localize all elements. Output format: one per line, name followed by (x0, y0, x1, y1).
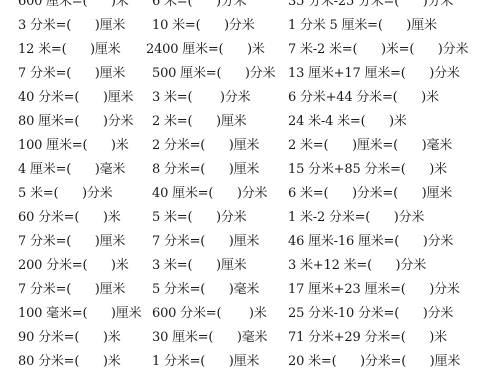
problem: 600 分米=( )米 (152, 303, 267, 325)
problem: 1 分米 5 厘米=( )厘米 (288, 15, 437, 37)
worksheet-row: 200 分米=( )米 3 米=( )厘米 3 米+12 米=( )分米 (0, 255, 495, 277)
problem: 2 分米=( )厘米 (152, 135, 259, 157)
problem: 6 米=( )分米=( )厘米 (288, 183, 452, 205)
problem: 7 分米=( )厘米 (18, 63, 125, 85)
problem: 8 分米=( )厘米 (152, 159, 259, 181)
problem: 600 厘米=( )米 (18, 0, 129, 13)
problem: 24 米-4 米=( )米 (288, 111, 407, 133)
problem: 30 厘米=( )毫米 (152, 327, 267, 349)
problem: 3 米+12 米=( )分米 (288, 255, 426, 277)
problem: 3 米=( )厘米 (152, 255, 246, 277)
worksheet-row: 80 厘米=( )分米 2 米=( )厘米 24 米-4 米=( )米 (0, 111, 495, 133)
problem: 7 分米=( )厘米 (152, 231, 259, 253)
problem: 80 分米=( )米 (18, 351, 121, 370)
problem: 200 分米=( )米 (18, 255, 129, 277)
problem: 12 米=( )厘米 (18, 39, 121, 61)
problem: 5 分米=( )毫米 (152, 279, 259, 301)
problem: 3 分米=( )厘米 (18, 15, 125, 37)
problem: 46 厘米-16 厘米=( )分米 (288, 231, 453, 253)
worksheet-row: 100 厘米=( )米 2 分米=( )厘米 2 米=( )厘米=( )毫米 (0, 135, 495, 157)
problem: 3 米=( )分米 (152, 87, 250, 109)
worksheet-row: 600 厘米=( )米 6 米=( )分米 35 分米-25 分米=( )分米 (0, 0, 495, 13)
problem: 500 厘米=( )分米 (152, 63, 275, 85)
problem: 20 米=( )分米=( )厘米 (288, 351, 460, 370)
problem: 2 米=( )厘米 (152, 111, 246, 133)
problem: 6 米=( )分米 (152, 0, 246, 13)
worksheet-row: 7 分米=( )厘米 5 分米=( )毫米 17 厘米+23 厘米=( )分米 (0, 279, 495, 301)
problem: 60 分米=( )米 (18, 207, 121, 229)
problem: 5 米=( )分米 (18, 183, 112, 205)
problem: 35 分米-25 分米=( )分米 (288, 0, 453, 13)
problem: 25 分米-10 分米=( )分米 (288, 303, 453, 325)
problem: 90 分米=( )米 (18, 327, 121, 349)
problem: 40 分米=( )厘米 (18, 87, 133, 109)
problem: 40 厘米=( )分米 (152, 183, 267, 205)
worksheet-row: 100 毫米=( )厘米 600 分米=( )米 25 分米-10 分米=( )… (0, 303, 495, 325)
worksheet-row: 90 分米=( )米 30 厘米=( )毫米 71 分米+29 分米=( )米 (0, 327, 495, 349)
problem: 2 米=( )厘米=( )毫米 (288, 135, 452, 157)
problem: 10 米=( )分米 (152, 15, 255, 37)
problem: 80 厘米=( )分米 (18, 111, 133, 133)
problem: 7 米-2 米=( )米=( )分米 (288, 39, 468, 61)
worksheet-row: 40 分米=( )厘米 3 米=( )分米 6 分米+44 分米=( )米 (0, 87, 495, 109)
problem: 5 米=( )分米 (152, 207, 246, 229)
problem: 6 分米+44 分米=( )米 (288, 87, 439, 109)
worksheet-row: 4 厘米=( )毫米 8 分米=( )厘米 15 分米+85 分米=( )米 (0, 159, 495, 181)
problem: 100 厘米=( )米 (18, 135, 129, 157)
problem: 7 分米=( )厘米 (18, 279, 125, 301)
worksheet-row: 5 米=( )分米 40 厘米=( )分米 6 米=( )分米=( )厘米 (0, 183, 495, 205)
problem: 2400 厘米=( )米 (146, 39, 265, 61)
worksheet-row: 80 分米=( )米 1 分米=( )厘米 20 米=( )分米=( )厘米 (0, 351, 495, 370)
worksheet-row: 3 分米=( )厘米 10 米=( )分米 1 分米 5 厘米=( )厘米 (0, 15, 495, 37)
problem: 1 分米=( )厘米 (152, 351, 259, 370)
problem: 100 毫米=( )厘米 (18, 303, 141, 325)
problem: 4 厘米=( )毫米 (18, 159, 125, 181)
problem: 13 厘米+17 厘米=( )分米 (288, 63, 460, 85)
worksheet-row: 7 分米=( )厘米 500 厘米=( )分米 13 厘米+17 厘米=( )分… (0, 63, 495, 85)
worksheet-row: 7 分米=( )厘米 7 分米=( )厘米 46 厘米-16 厘米=( )分米 (0, 231, 495, 253)
problem: 7 分米=( )厘米 (18, 231, 125, 253)
problem: 71 分米+29 分米=( )米 (288, 327, 447, 349)
problem: 1 米-2 分米=( )分米 (288, 207, 424, 229)
worksheet-row: 12 米=( )厘米 2400 厘米=( )米 7 米-2 米=( )米=( )… (0, 39, 495, 61)
worksheet-row: 60 分米=( )米 5 米=( )分米 1 米-2 分米=( )分米 (0, 207, 495, 229)
problem: 15 分米+85 分米=( )米 (288, 159, 447, 181)
problem: 17 厘米+23 厘米=( )分米 (288, 279, 460, 301)
